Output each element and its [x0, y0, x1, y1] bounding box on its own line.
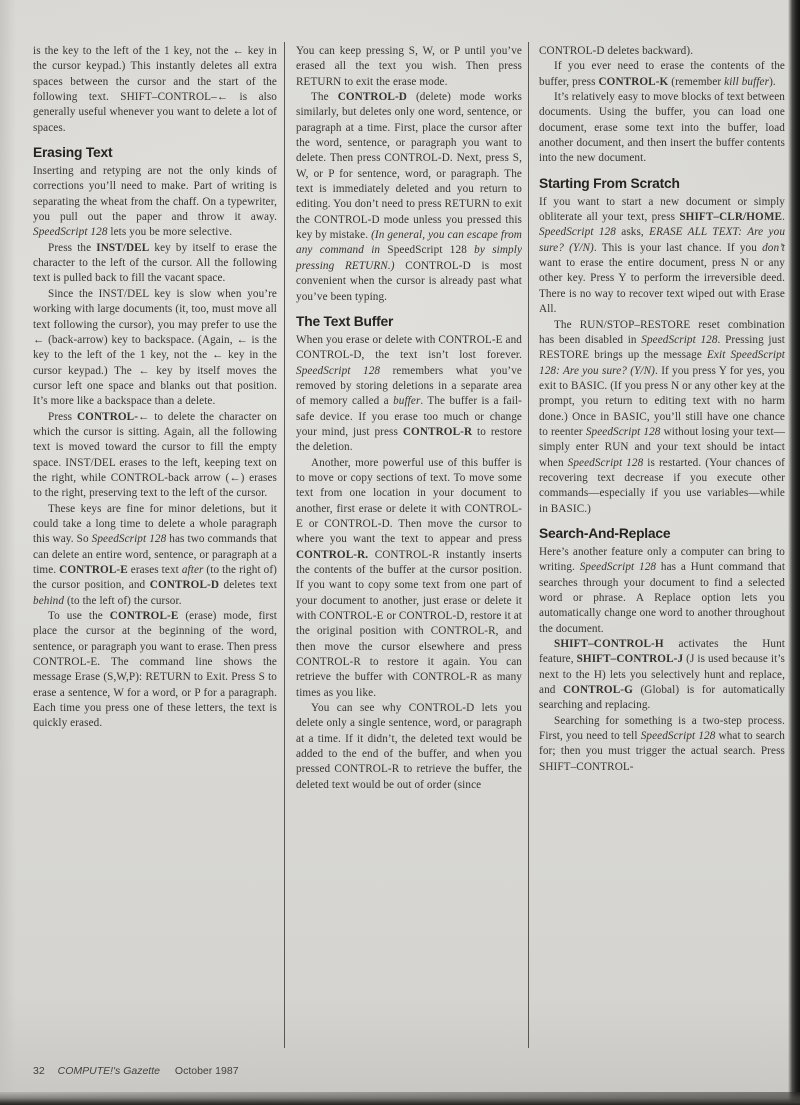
column-divider-right — [528, 42, 529, 1048]
paragraph: These keys are fine for minor deletions,… — [33, 502, 277, 609]
paragraph: If you want to start a new document or s… — [539, 195, 785, 318]
paragraph: Press CONTROL-← to delete the character … — [33, 410, 277, 502]
paragraph: If you ever need to erase the contents o… — [539, 59, 785, 90]
text-run: (delete) mode works similarly, but delet… — [296, 91, 522, 241]
paragraph: When you erase or delete with CONTROL-E … — [296, 333, 522, 456]
paragraph: is the key to the left of the 1 key, not… — [33, 44, 277, 136]
magazine-page-scan: is the key to the left of the 1 key, not… — [0, 0, 800, 1105]
text-run: SpeedScript 128 — [586, 426, 661, 438]
text-run: The — [311, 91, 338, 103]
text-run: CONTROL-R instantly inserts the contents… — [296, 549, 522, 699]
text-run: CONTROL-E — [59, 564, 128, 576]
text-run: kill buffer — [724, 76, 769, 88]
text-run: . This is your last chance. If you — [594, 242, 762, 254]
paragraph: Since the INST/DEL key is slow when you’… — [33, 287, 277, 410]
text-run: CONTROL-R — [403, 426, 472, 438]
scan-edge-right — [788, 0, 800, 1105]
text-run: to delete the character on which the cur… — [33, 411, 277, 500]
text-run: behind — [33, 595, 64, 607]
text-run: SpeedScript 128 — [387, 244, 474, 256]
page-number: 32 — [33, 1065, 45, 1077]
paragraph: Press the INST/DEL key by itself to eras… — [33, 241, 277, 287]
text-run: CONTROL-D — [150, 579, 219, 591]
text-run: CONTROL-R. — [296, 549, 368, 561]
text-run: CONTROL-E — [110, 610, 179, 622]
paragraph: You can see why CONTROL-D lets you delet… — [296, 701, 522, 793]
text-run: SpeedScript 128 — [92, 533, 167, 545]
text-run: erases text — [128, 564, 182, 576]
text-run: You can keep pressing S, W, or P until y… — [296, 45, 522, 88]
text-run: SpeedScript 128 — [641, 334, 717, 346]
paragraph: The RUN/STOP–RESTORE reset combination h… — [539, 318, 785, 517]
text-run: (to the left of) the cursor. — [64, 595, 182, 607]
section-heading: The Text Buffer — [296, 314, 522, 330]
text-run: Inserting and retyping are not the only … — [33, 165, 277, 223]
text-run: (erase) mode, first place the cursor at … — [33, 610, 277, 729]
text-run: Another, more powerful use of this buffe… — [296, 457, 522, 546]
text-run: Press — [48, 411, 77, 423]
paragraph: It’s relatively easy to move blocks of t… — [539, 90, 785, 167]
scan-edge-bottom — [0, 1092, 800, 1105]
text-run: SpeedScript 128 — [568, 457, 644, 469]
section-heading: Erasing Text — [33, 145, 277, 161]
text-run: ). — [769, 76, 776, 88]
text-run: SpeedScript 128 — [296, 365, 380, 377]
text-run: SHIFT–CONTROL-J — [577, 653, 684, 665]
paragraph: SHIFT–CONTROL-H activates the Hunt featu… — [539, 637, 785, 714]
text-run: asks, — [616, 226, 649, 238]
paragraph: CONTROL-D deletes backward). — [539, 44, 785, 59]
text-run: want to erase the entire document, press… — [539, 257, 785, 315]
text-run: CONTROL-D — [338, 91, 407, 103]
text-run: after — [182, 564, 204, 576]
text-run: SpeedScript 128 — [33, 226, 108, 238]
text-run: lets you be more selective. — [108, 226, 233, 238]
paragraph: To use the CONTROL-E (erase) mode, first… — [33, 609, 277, 732]
page-footer: 32 COMPUTE!'s Gazette October 1987 — [33, 1065, 239, 1077]
text-run: When you erase or delete with CONTROL-E … — [296, 334, 522, 361]
text-run: deletes text — [219, 579, 277, 591]
text-run: buffer — [393, 395, 420, 407]
issue-date: October 1987 — [175, 1065, 239, 1077]
text-run: Since the INST/DEL key is slow when you’… — [33, 288, 277, 407]
text-run: SpeedScript 128 — [641, 730, 716, 742]
paragraph: Inserting and retyping are not the only … — [33, 164, 277, 241]
paragraph: You can keep pressing S, W, or P until y… — [296, 44, 522, 90]
text-run: Press the — [48, 242, 96, 254]
magazine-title: COMPUTE!'s Gazette — [58, 1065, 160, 1077]
text-run: SHIFT–CLR/HOME — [679, 211, 782, 223]
paragraph: The CONTROL-D (delete) mode works simila… — [296, 90, 522, 305]
article-column-left: is the key to the left of the 1 key, not… — [33, 44, 277, 732]
text-run: . — [782, 211, 785, 223]
text-run: You can see why CONTROL-D lets you delet… — [296, 702, 522, 791]
text-run: SHIFT–CONTROL-H — [554, 638, 664, 650]
section-heading: Search-And-Replace — [539, 526, 785, 542]
text-run: SpeedScript 128 — [580, 561, 656, 573]
text-run: CONTROL-← — [77, 411, 149, 423]
text-run: INST/DEL — [96, 242, 149, 254]
text-run: don’t — [762, 242, 785, 254]
paragraph: Searching for something is a two-step pr… — [539, 714, 785, 775]
text-run: To use the — [48, 610, 110, 622]
text-run: CONTROL-G — [563, 684, 633, 696]
text-run: CONTROL-K — [598, 76, 668, 88]
section-heading: Starting From Scratch — [539, 176, 785, 192]
text-run: is the key to the left of the 1 key, not… — [33, 45, 277, 134]
text-run: (remember — [668, 76, 724, 88]
column-divider-left — [284, 42, 285, 1048]
article-column-right: CONTROL-D deletes backward).If you ever … — [539, 44, 785, 775]
text-run: It’s relatively easy to move blocks of t… — [539, 91, 785, 164]
text-run: CONTROL-D deletes backward). — [539, 45, 693, 57]
scan-edge-left — [0, 0, 16, 1105]
article-column-middle: You can keep pressing S, W, or P until y… — [296, 44, 522, 793]
paragraph: Another, more powerful use of this buffe… — [296, 456, 522, 702]
text-run: SpeedScript 128 — [539, 226, 616, 238]
paragraph: Here’s another feature only a computer c… — [539, 545, 785, 637]
